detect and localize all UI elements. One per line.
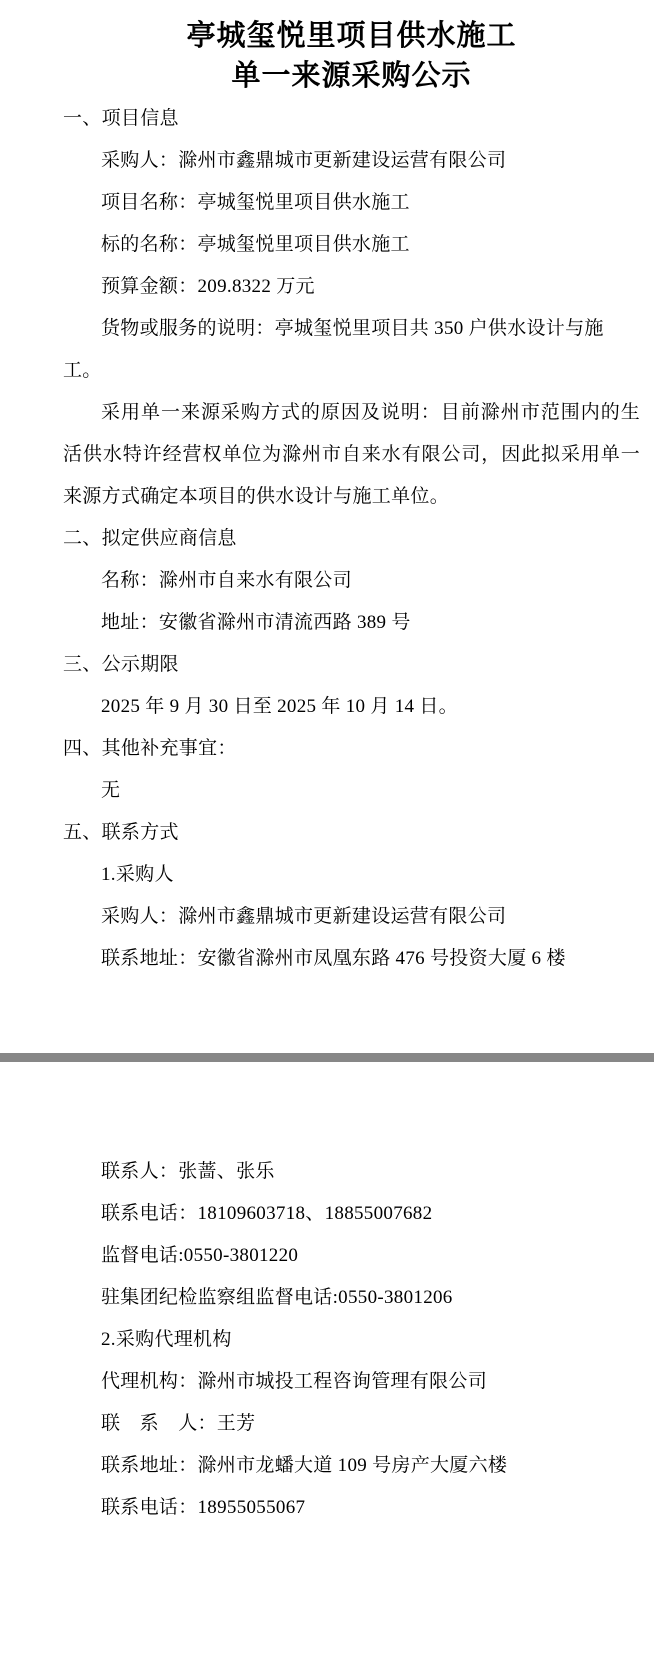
line-buyer-address: 联系地址：安徽省滁州市凤凰东路 476 号投资大厦 6 楼	[63, 938, 640, 980]
procurement-notice-document: 亭城玺悦里项目供水施工 单一来源采购公示 一、项目信息 采购人：滁州市鑫鼎城市更…	[0, 0, 654, 1670]
line-goods-description: 货物或服务的说明：亭城玺悦里项目共 350 户供水设计与施工。	[63, 308, 640, 392]
document-title: 亭城玺悦里项目供水施工 单一来源采购公示	[63, 16, 640, 96]
line-publicity-dates: 2025 年 9 月 30 日至 2025 年 10 月 14 日。	[63, 686, 640, 728]
line-agency-address: 联系地址：滁州市龙蟠大道 109 号房产大厦六楼	[63, 1445, 640, 1487]
document-page-2: 联系人：张蔷、张乐 联系电话：18109603718、18855007682 监…	[0, 1062, 654, 1670]
line-purchaser: 采购人：滁州市鑫鼎城市更新建设运营有限公司	[63, 140, 640, 182]
line-supplier-address: 地址：安徽省滁州市清流西路 389 号	[63, 602, 640, 644]
line-agency-subheading: 2.采购代理机构	[63, 1319, 640, 1361]
line-supplier-name: 名称：滁州市自来水有限公司	[63, 560, 640, 602]
section-heading-contact-info: 五、联系方式	[63, 812, 640, 854]
document-page-1: 亭城玺悦里项目供水施工 单一来源采购公示 一、项目信息 采购人：滁州市鑫鼎城市更…	[0, 0, 654, 1053]
section-heading-other-matters: 四、其他补充事宜：	[63, 728, 640, 770]
line-buyer-subheading: 1.采购人	[63, 854, 640, 896]
page-break-divider	[0, 1053, 654, 1062]
line-agency-name: 代理机构：滁州市城投工程咨询管理有限公司	[63, 1361, 640, 1403]
section-heading-supplier-info: 二、拟定供应商信息	[63, 518, 640, 560]
line-discipline-inspection-phone: 驻集团纪检监察组监督电话:0550-3801206	[63, 1277, 640, 1319]
line-subject-name: 标的名称：亭城玺悦里项目供水施工	[63, 224, 640, 266]
document-title-line-2: 单一来源采购公示	[63, 56, 640, 96]
section-heading-project-info: 一、项目信息	[63, 98, 640, 140]
line-other-matters-none: 无	[63, 770, 640, 812]
line-contact-phone: 联系电话：18109603718、18855007682	[63, 1193, 640, 1235]
line-agency-contact-person: 联 系 人：王芳	[63, 1403, 640, 1445]
line-contact-person: 联系人：张蔷、张乐	[63, 1151, 640, 1193]
section-heading-publicity-period: 三、公示期限	[63, 644, 640, 686]
document-title-line-1: 亭城玺悦里项目供水施工	[63, 16, 640, 56]
line-budget-amount: 预算金额：209.8322 万元	[63, 266, 640, 308]
line-buyer-name: 采购人：滁州市鑫鼎城市更新建设运营有限公司	[63, 896, 640, 938]
line-project-name: 项目名称：亭城玺悦里项目供水施工	[63, 182, 640, 224]
paragraph-single-source-reason: 采用单一来源采购方式的原因及说明：目前滁州市范围内的生活供水特许经营权单位为滁州…	[63, 392, 640, 518]
line-agency-phone: 联系电话：18955055067	[63, 1487, 640, 1529]
line-supervision-phone: 监督电话:0550-3801220	[63, 1235, 640, 1277]
